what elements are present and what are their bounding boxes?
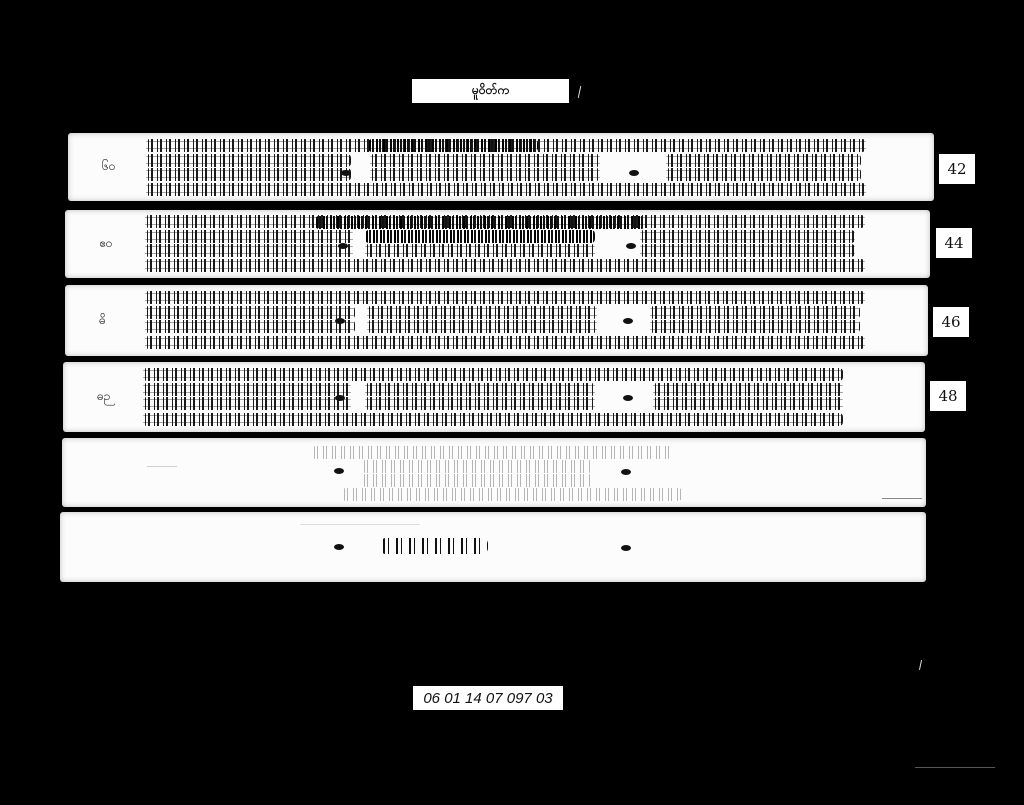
binding-hole	[626, 243, 636, 249]
leaf-line: ဥ ဓ ဓ ဆ ဓ ဥ ဓ ဓ ဥ ဓ	[362, 474, 592, 487]
leaf-line: ဆ္ဓ ဝ ဥ ဆ္ဓ ဓ ဓ ● ဥ ဓ ဓ ဝ ဓ ဥ ဆ္ဓ ဓ ဓ ● …	[143, 397, 351, 410]
binding-hole	[335, 395, 345, 401]
leaf-margin-number: ဧဝ	[99, 235, 113, 253]
leaf-line: ဓ ဓ ဥ ဓ ဆ ဓ ဥ ဓ ဓ ဥ ဓ ဓ ဥ ဓ ဓ	[342, 488, 682, 501]
leaf-line	[653, 383, 843, 396]
leaf-line	[653, 397, 843, 410]
leaf-line	[367, 320, 597, 333]
leaf-line	[370, 168, 600, 181]
leaf-line: ယ ဓ ဆ္ဓ ဥ ဓ ဓ ဥ ဓ ဥ ဓ ဆ ဓ ဓ ဖြ ပ ဓ ဥ ဓ ဥ…	[143, 413, 843, 426]
leaf-line: ဥ ဥ္ဓ ဥ ဖိ ဆ္ဓ ဥ ဂ ဖြ ဥ ဥ္ဓ ● ဓ ဓ ဆ္ဓ ဆ …	[145, 244, 353, 257]
leaf-line: ဝ ဥ ဓ ဓ မိ ဥ ပ ဓ ဆ ဥ ဓ ဥ ဓ ဓ ဥ ဆ ဓ ဥ ဓ ဥ…	[145, 336, 865, 349]
stray-mark	[919, 660, 922, 670]
binding-hole	[621, 545, 631, 551]
leaf-line-ink-band	[315, 216, 645, 229]
leaf-line: ဓ ဓ ဓ ဥ ဓ ဥ ဓ ဓ ဥ ဆ ဓ ဥ ဓ ဓ ဥ ဓ ဓ	[312, 446, 672, 459]
palm-leaf-3: ဓိ ပေဓ္ဓ ဝေ ဆ္ဓ ဥ ဓ ဓာ ဝိ ဆု ယ ပေ ဓ ဖြ ဓ…	[65, 285, 928, 356]
leaf-line	[666, 168, 861, 181]
palm-leaf-4: ဓဉ ဓာဓ ဆ ဥ ဓ ဓ ဗိ ဆ္ဓ ဓ ဓ ဓ ဆ ဓ ဥ ဓ ဓ ဓ …	[63, 362, 925, 432]
folio-number-44: 44	[936, 228, 972, 258]
leaf-line: ဥ ဓ ဒ္ဓ ဓ ဓ ဝ ဓ ဆ ဗ ဖြ ဝ ● ဗ ဓ ဓ ဥ ပ ဥ ဓ…	[145, 306, 355, 319]
binding-hole	[623, 395, 633, 401]
folio-number-48: 48	[930, 381, 966, 411]
binding-hole	[334, 468, 344, 474]
leaf-line	[365, 230, 595, 243]
leaf-line	[650, 320, 860, 333]
leaf-line: ဗိဥ္ဗဥဆ ဓာဥဓဗေခ ဖ္ဓ ဝိဓေ ● မိဥ္ဆမေ ဆ္ဓိဓ…	[146, 168, 351, 181]
leaf-line-ink-band	[368, 139, 538, 152]
leaf-line: ပေဓ္ဓ ဝေ ဆ္ဓ ဥ ဓ ဓာ ဝိ ဆု ယ ပေ ဓ ဖြ ဓာ ဓ…	[145, 291, 865, 304]
binding-hole	[341, 170, 351, 176]
binding-hole	[334, 544, 344, 550]
leaf-line	[365, 244, 595, 257]
leaf-line: ဓုဏဘဓေ ဥဝဝ္ဗဖေဏှ ကျဥမ္ဗျ ၊ ● ဖ္ဓ္ဓိေဓဒ္ဒ…	[146, 154, 351, 167]
leaf-line	[640, 230, 855, 243]
binding-hole	[335, 318, 345, 324]
folio-number-46: 46	[933, 307, 969, 337]
binding-hole	[338, 243, 348, 249]
leaf-line: ဥ ဓ ဓ ဆ ဓ ဥ ဓ ဓ ဥ ဓ ဓ ဥ	[362, 460, 592, 473]
leaf-line: ဝေ ဆု ဥ္ဓ ဓ ဖြ ဥ္ဓ ဆ ဖိ ပေ ဓ ဥ ဓ ဥ ပ ဆ ဓ…	[145, 259, 865, 272]
colophon-text: ဥဒိ ဥ္ဓ ဥ၉ဓိ	[380, 538, 488, 554]
leaf-margin-number: ၆၀	[102, 158, 116, 176]
binding-hole	[623, 318, 633, 324]
leaf-line	[367, 306, 597, 319]
leaf-line: ဝ ဝ ဥ ဖြ ဓ ဥ ဓ ဓ ဆ္ဓ မိ ● ဝ ဓ ဓ ဆ္ဓ ပ ဥ …	[145, 320, 355, 333]
binding-hole	[629, 170, 639, 176]
palm-leaf-6: ဥဒိ ဥ္ဓ ဥ၉ဓိ	[60, 512, 926, 582]
palm-leaf-5: ဓ ဓ ဓ ဥ ဓ ဥ ဓ ဓ ဥ ဆ ဓ ဥ ဓ ဓ ဥ ဓ ဓ ဥ ဓ ဓ …	[62, 438, 926, 507]
leaf-line	[370, 154, 600, 167]
folio-number-42: 42	[939, 154, 975, 184]
leaf-line	[650, 306, 860, 319]
stray-mark	[578, 86, 581, 98]
leaf-line: ပဒိဓာဝ ဓေဖာဓ ဥ္ဆေဝ မာဓဥဥ္ဓ ဖိုဓ္ဓ ဇ္ဇ ဓိ…	[146, 183, 866, 196]
leaf-line	[640, 244, 855, 257]
palm-leaf-1: ၆၀ ဓောက်တိ ရဥယာဒိဝိသျ ဖ္ဓဇ္ဇ ဆာဓေဆ္ဇေျ ပ…	[68, 133, 934, 201]
leaf-line: ဆ္ဓိ ဓ ဥိ ပ ဥဥ္ဓ ဓာပြ ဒိ ● ဖ္ဓိ ဓေ ဒ္ဓေ …	[145, 230, 353, 243]
leaf-line: ပေ ဆ ဓ ဥ ဓ ဆ ဓ ဥ ဝ ဖြ ဝ ● ဆ ဥ ဓ ဓ ဆ ဥ ဖြ…	[143, 383, 351, 396]
title-label: မူဝိတ်က	[412, 79, 569, 103]
palm-leaf-2: ဧဝ ဏဒ္ဓ ပေ ပေ ယဓ္ဓ ဝ ဗ ဗြေ ဖ္ဓိ ဖဓ ဆ္ဓ ဖ…	[65, 210, 930, 278]
leaf-margin-number: ဓိ	[99, 312, 106, 330]
reference-code-label: 06 01 14 07 097 03	[413, 686, 563, 710]
leaf-line	[365, 383, 595, 396]
leaf-line: ဓာဓ ဆ ဥ ဓ ဓ ဗိ ဆ္ဓ ဓ ဓ ဓ ဆ ဓ ဥ ဓ ဓ ဓ ဥ ဓ…	[143, 368, 843, 381]
leaf-line	[365, 397, 595, 410]
binding-hole	[621, 469, 631, 475]
leaf-line	[666, 154, 861, 167]
leaf-margin-number: ဓဉ	[97, 388, 110, 406]
